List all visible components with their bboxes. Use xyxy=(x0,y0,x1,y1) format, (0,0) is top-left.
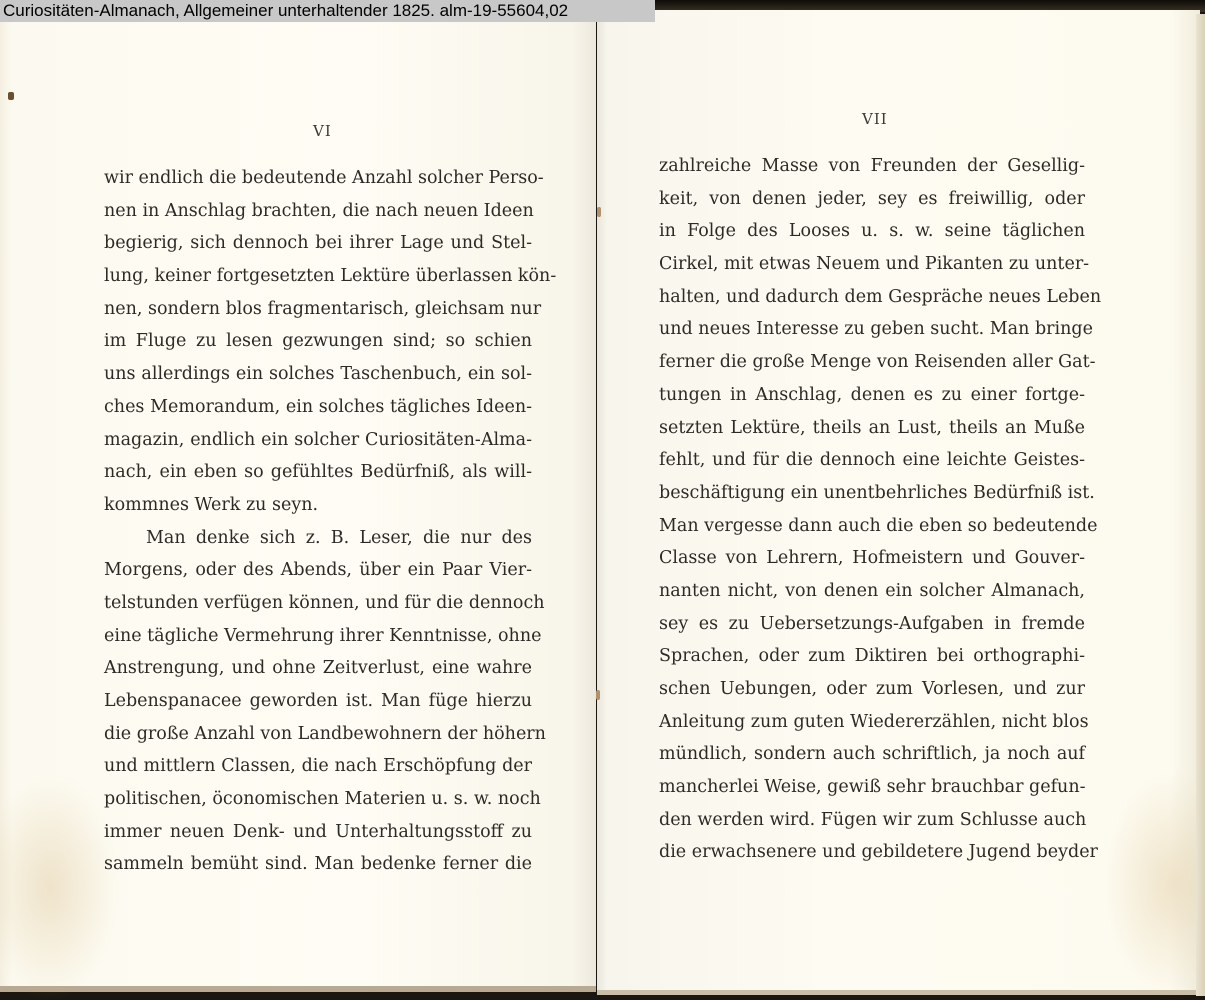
left-page: VI wir endlich die bedeutende Anzahl sol… xyxy=(0,12,596,992)
text-line: magazin, endlich ein solcher Curiositäte… xyxy=(104,424,532,457)
text-line: nen in Anschlag brachten, die nach neuen… xyxy=(104,195,532,228)
text-line: beschäftigung ein unentbehrliches Bedürf… xyxy=(659,477,1085,510)
text-line: telstunden verfügen können, und für die … xyxy=(104,587,532,620)
text-line: schen Uebungen, oder zum Vorlesen, und z… xyxy=(659,673,1085,706)
text-line: setzten Lektüre, theils an Lust, theils … xyxy=(659,412,1085,445)
text-line: und neues Interesse zu geben sucht. Man … xyxy=(659,313,1085,346)
text-line: den werden wird. Fügen wir zum Schlusse … xyxy=(659,804,1085,837)
text-line: lung, keiner fortgesetzten Lektüre überl… xyxy=(104,260,532,293)
left-page-text: wir endlich die bedeutende Anzahl solche… xyxy=(104,162,532,881)
text-line: tungen in Anschlag, denen es zu einer fo… xyxy=(659,379,1085,412)
text-line: nanten nicht, von denen ein solcher Alma… xyxy=(659,575,1085,608)
text-line: in Folge des Looses u. s. w. seine tägli… xyxy=(659,215,1085,248)
text-line: halten, und dadurch dem Gespräche neues … xyxy=(659,281,1085,314)
text-line: ferner die große Menge von Reisenden all… xyxy=(659,346,1085,379)
text-line: wir endlich die bedeutende Anzahl solche… xyxy=(104,162,532,195)
text-line: im Fluge zu lesen gezwungen sind; so sch… xyxy=(104,325,532,358)
right-page-text: zahlreiche Masse von Freunden der Gesell… xyxy=(659,150,1085,869)
text-line: Anleitung zum guten Wiedererzählen, nich… xyxy=(659,706,1085,739)
text-line: Cirkel, mit etwas Neuem und Pikanten zu … xyxy=(659,248,1085,281)
text-line: mündlich, sondern auch schriftlich, ja n… xyxy=(659,738,1085,771)
window-title: Curiositäten-Almanach, Allgemeiner unter… xyxy=(0,0,655,22)
text-line: begierig, sich dennoch bei ihrer Lage un… xyxy=(104,227,532,260)
binding-thread-mark xyxy=(597,207,601,217)
text-line: Lebenspanacee geworden ist. Man füge hie… xyxy=(104,685,532,718)
book-scan-spread: VI wir endlich die bedeutende Anzahl sol… xyxy=(0,0,1205,1000)
text-line: Sprachen, oder zum Diktiren bei orthogra… xyxy=(659,640,1085,673)
text-line: nen, sondern blos fragmentarisch, gleich… xyxy=(104,293,532,326)
text-line: nach, ein eben so gefühltes Bedürfniß, a… xyxy=(104,456,532,489)
text-line: die große Anzahl von Landbewohnern der h… xyxy=(104,718,532,751)
text-line: mancherlei Weise, gewiß sehr brauchbar g… xyxy=(659,771,1085,804)
text-line: Classe von Lehrern, Hofmeistern und Gouv… xyxy=(659,542,1085,575)
text-line: zahlreiche Masse von Freunden der Gesell… xyxy=(659,150,1085,183)
text-line: sammeln bemüht sind. Man bedenke ferner … xyxy=(104,848,532,881)
page-number-right: VII xyxy=(862,110,888,128)
right-page: VII zahlreiche Masse von Freunden der Ge… xyxy=(597,10,1200,995)
water-stain xyxy=(1102,770,1205,1000)
page-edge xyxy=(1196,14,1205,996)
text-line: Anstrengung, und ohne Zeitverlust, eine … xyxy=(104,652,532,685)
text-line: die erwachsenere und gebildetere Jugend … xyxy=(659,836,1085,869)
text-line: immer neuen Denk- und Unterhaltungsstoff… xyxy=(104,816,532,849)
text-line: eine tägliche Vermehrung ihrer Kenntniss… xyxy=(104,620,532,653)
text-line: fehlt, und für die dennoch eine leichte … xyxy=(659,444,1085,477)
page-number-left: VI xyxy=(313,122,332,140)
text-line: sey es zu Uebersetzungs-Aufgaben in frem… xyxy=(659,608,1085,641)
text-line: Man denke sich z. B. Leser, die nur des xyxy=(104,522,532,555)
text-line: Morgens, oder des Abends, über ein Paar … xyxy=(104,554,532,587)
text-line: keit, von denen jeder, sey es freiwillig… xyxy=(659,183,1085,216)
text-line: ches Memorandum, ein solches tägliches I… xyxy=(104,391,532,424)
text-line: kommnes Werk zu seyn. xyxy=(104,489,532,522)
paper-speck xyxy=(8,92,14,100)
text-line: politischen, öconomischen Materien u. s.… xyxy=(104,783,532,816)
binding-thread-mark xyxy=(596,690,600,700)
text-line: Man vergesse dann auch die eben so bedeu… xyxy=(659,510,1085,543)
text-line: und mittlern Classen, die nach Erschöpfu… xyxy=(104,750,532,783)
water-stain xyxy=(0,772,120,1000)
text-line: uns allerdings ein solches Taschenbuch, … xyxy=(104,358,532,391)
